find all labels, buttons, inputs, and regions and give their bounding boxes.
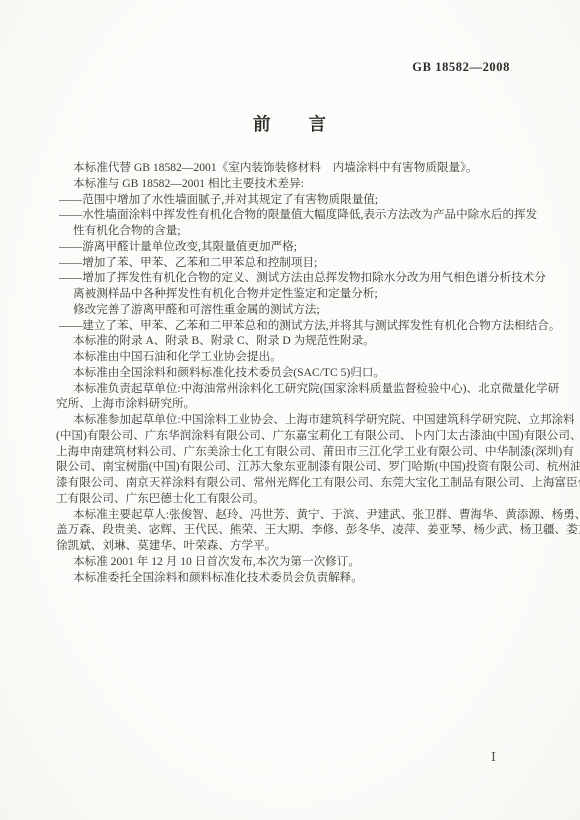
foreword-text-line: ——范围中增加了水性墙面腻子,并对其规定了有害物质限量值; [56, 192, 526, 208]
foreword-text-line: 工有限公司、广东巴德士化工有限公司。 [56, 491, 526, 507]
foreword-text-line: 本标准负责起草单位:中海油常州涂料化工研究院(国家涂料质量监督检验中心)、北京微… [56, 381, 526, 397]
foreword-text-line: 本标准委托全国涂料和颜料标准化技术委员会负责解释。 [56, 570, 526, 586]
foreword-text-line: 性有机化合物的含量; [56, 223, 526, 239]
foreword-text-line: 盖万森、段贵美、宓辉、王代民、熊荣、王大期、李修、彭冬华、凌萍、姜亚琴、杨少武、… [56, 522, 526, 538]
standard-code-header: GB 18582—2008 [412, 60, 510, 75]
page-title: 前 言 [0, 111, 580, 136]
foreword-text-line: ——游离甲醛计量单位改变,其限量值更加严格; [56, 239, 526, 255]
foreword-text-line: 漆有限公司、南京天祥涂料有限公司、常州光辉化工有限公司、东莞大宝化工制品有限公司… [56, 475, 526, 491]
foreword-text-line: ——建立了苯、甲苯、乙苯和二甲苯总和的测试方法,并将其与测试挥发性有机化合物方法… [56, 318, 526, 334]
foreword-text-line: 限公司、南宝树脂(中国)有限公司、江苏大象东亚制漆有限公司、罗门哈斯(中国)投资… [56, 459, 526, 475]
page-number: Ⅰ [491, 749, 496, 765]
foreword-body: 本标准代替 GB 18582—2001《室内装饰装修材料 内墙涂料中有害物质限量… [56, 160, 526, 585]
foreword-text-line: 本标准 2001 年 12 月 10 日首次发布,本次为第一次修订。 [56, 554, 526, 570]
foreword-text-line: 离被测样品中各种挥发性有机化合物并定性鉴定和定量分析; [56, 286, 526, 302]
foreword-text-line: 本标准由全国涂料和颜料标准化技术委员会(SAC/TC 5)归口。 [56, 365, 526, 381]
foreword-text-line: ——水性墙面涂料中挥发性有机化合物的限量值大幅度降低,表示方法改为产品中除水后的… [56, 207, 526, 223]
foreword-text-line: 徐凯斌、刘琳、莫建华、叶荣森、方学平。 [56, 538, 526, 554]
foreword-text-line: 究所、上海市涂料研究所。 [56, 396, 526, 412]
foreword-text-line: 本标准参加起草单位:中国涂料工业协会、上海市建筑科学研究院、中国建筑科学研究院、… [56, 412, 526, 428]
foreword-text-line: (中国)有限公司、广东华润涂料有限公司、广东嘉宝莉化工有限公司、卜内门太古漆油(… [56, 428, 526, 444]
foreword-text-line: 本标准主要起草人:张俊智、赵玲、冯世芳、黄宁、于滨、尹建武、张卫群、曹海华、黄添… [56, 507, 526, 523]
foreword-text-line: 本标准与 GB 18582—2001 相比主要技术差异: [56, 176, 526, 192]
foreword-text-line: 本标准代替 GB 18582—2001《室内装饰装修材料 内墙涂料中有害物质限量… [56, 160, 526, 176]
document-page: GB 18582—2008 前 言 本标准代替 GB 18582—2001《室内… [0, 0, 580, 820]
foreword-text-line: 修改完善了游离甲醛和可溶性重金属的测试方法; [56, 302, 526, 318]
foreword-text-line: 本标准的附录 A、附录 B、附录 C、附录 D 为规范性附录。 [56, 333, 526, 349]
foreword-text-line: 本标准由中国石油和化学工业协会提出。 [56, 349, 526, 365]
foreword-text-line: ——增加了挥发性有机化合物的定义、测试方法由总挥发物扣除水分改为用气相色谱分析技… [56, 270, 526, 286]
foreword-text-line: ——增加了苯、甲苯、乙苯和二甲苯总和控制项目; [56, 255, 526, 271]
foreword-text-line: 上海申南建筑材料公司、广东美涂士化工有限公司、莆田市三江化学工业有限公司、中华制… [56, 444, 526, 460]
